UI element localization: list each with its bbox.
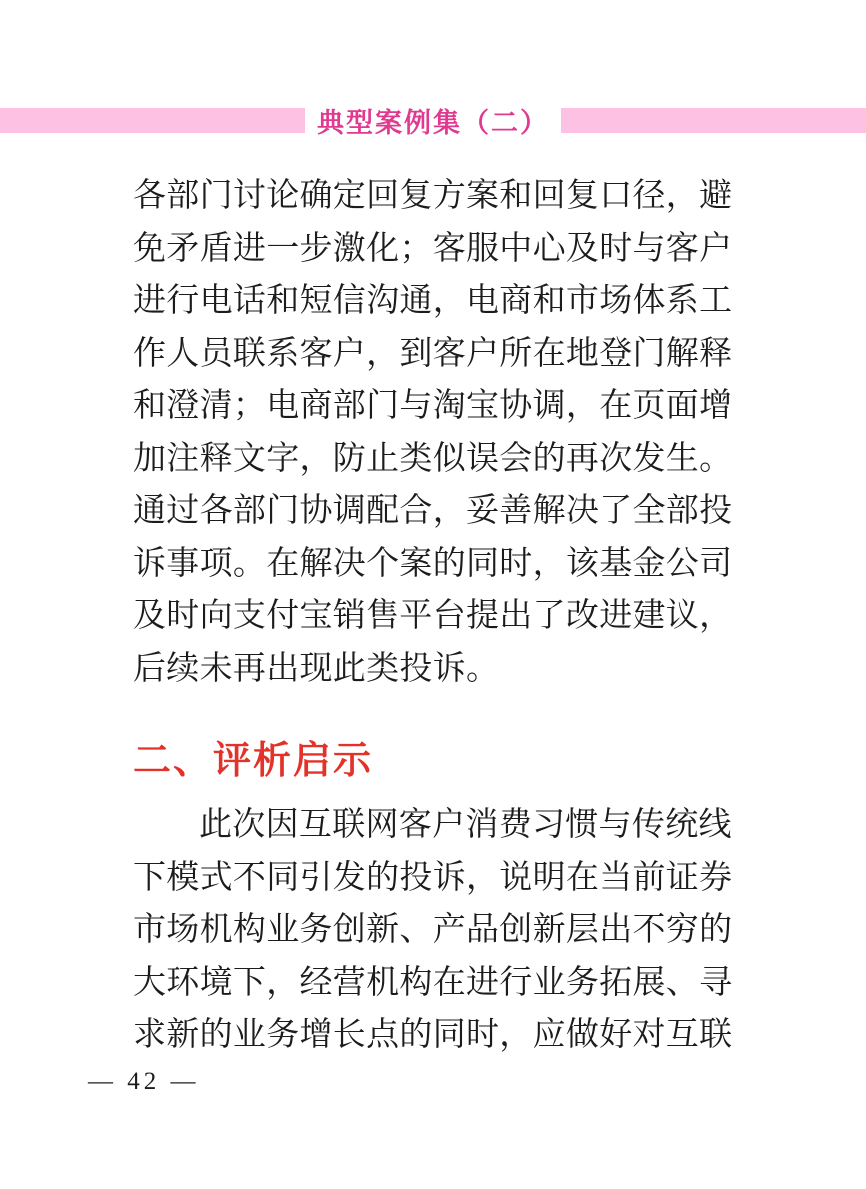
paragraph-1-line: 进行电话和短信沟通，电商和市场体系工 <box>133 275 735 328</box>
paragraph-1-line: 诉事项。在解决个案的同时，该基金公司 <box>133 538 735 591</box>
paragraph-1-line: 后续未再出现此类投诉。 <box>133 643 735 696</box>
page-footer: — 42 — <box>88 1068 200 1096</box>
paragraph-1-line: 加注释文字，防止类似误会的再次发生。 <box>133 433 735 486</box>
page-number: — 42 — <box>88 1068 200 1095</box>
paragraph-1: 各部门讨论确定回复方案和回复口径，避 免矛盾进一步激化；客服中心及时与客户 进行… <box>133 170 735 695</box>
page-content: 各部门讨论确定回复方案和回复口径，避 免矛盾进一步激化；客服中心及时与客户 进行… <box>133 170 735 1062</box>
paragraph-1-line: 和澄清；电商部门与淘宝协调，在页面增 <box>133 380 735 433</box>
section-heading: 二、评析启示 <box>133 737 735 785</box>
paragraph-1-line: 作人员联系客户，到客户所在地登门解释 <box>133 328 735 381</box>
header-band-left <box>0 108 305 133</box>
paragraph-2-line: 市场机构业务创新、产品创新层出不穷的 <box>133 904 735 957</box>
document-page: 典型案例集（二） 各部门讨论确定回复方案和回复口径，避 免矛盾进一步激化；客服中… <box>0 0 866 1189</box>
paragraph-1-line: 各部门讨论确定回复方案和回复口径，避 <box>133 170 735 223</box>
header-band-right <box>561 108 866 133</box>
paragraph-2-line: 此次因互联网客户消费习惯与传统线 <box>133 799 735 852</box>
paragraph-2-line: 求新的业务增长点的同时，应做好对互联 <box>133 1009 735 1062</box>
paragraph-1-line: 免矛盾进一步激化；客服中心及时与客户 <box>133 223 735 276</box>
paragraph-1-line: 及时向支付宝销售平台提出了改进建议， <box>133 590 735 643</box>
paragraph-2-line: 大环境下，经营机构在进行业务拓展、寻 <box>133 957 735 1010</box>
paragraph-2-line: 下模式不同引发的投诉，说明在当前证券 <box>133 852 735 905</box>
page-header: 典型案例集（二） <box>0 102 866 138</box>
paragraph-2: 此次因互联网客户消费习惯与传统线 下模式不同引发的投诉，说明在当前证券 市场机构… <box>133 799 735 1062</box>
running-head-title: 典型案例集（二） <box>305 101 561 140</box>
paragraph-1-line: 通过各部门协调配合，妥善解决了全部投 <box>133 485 735 538</box>
